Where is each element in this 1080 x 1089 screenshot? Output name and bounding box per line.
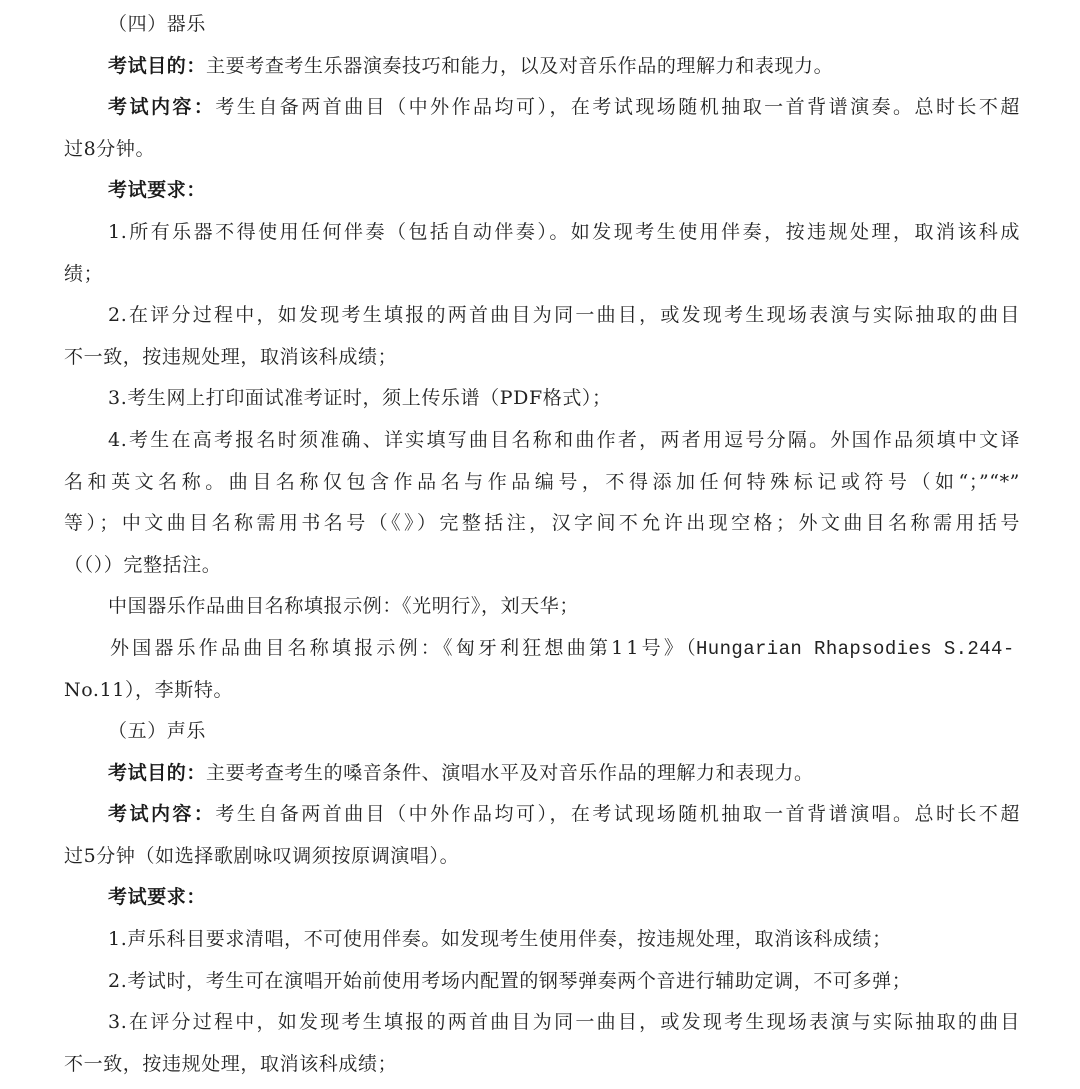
vocal-exam-content-paragraph: 考试内容：考生自备两首曲目（中外作品均可），在考试现场随机抽取一首背谱演唱。总时…	[64, 794, 1020, 836]
requirement-item-4-line-4: （（））完整括注。	[64, 545, 1020, 587]
document-page: （四）器乐 考试目的：主要考查考生乐器演奏技巧和能力，以及对音乐作品的理解力和表…	[64, 4, 1020, 1085]
requirement-item-4: 4.考生在高考报名时须准确、详实填写曲目名称和曲作者，两者用逗号分隔。外国作品须…	[64, 420, 1020, 462]
vocal-requirement-item-2: 2.考试时，考生可在演唱开始前使用考场内配置的钢琴弹奏两个音进行辅助定调，不可多…	[64, 961, 1020, 1003]
exam-content-paragraph: 考试内容：考生自备两首曲目（中外作品均可），在考试现场随机抽取一首背谱演奏。总时…	[64, 87, 1020, 129]
requirement-item-2-continuation: 不一致，按违规处理，取消该科成绩；	[64, 337, 1020, 379]
section-heading-vocal: （五）声乐	[64, 711, 1020, 753]
exam-requirements-label: 考试要求：	[64, 170, 1020, 212]
example-foreign-en-text: （Hungarian Rhapsodies S.244-	[686, 638, 1015, 660]
exam-purpose-paragraph: 考试目的：主要考查考生乐器演奏技巧和能力，以及对音乐作品的理解力和表现力。	[64, 46, 1020, 88]
example-foreign-continuation-text: No.11），李斯特。	[64, 679, 233, 701]
requirement-item-3: 3.考生网上打印面试准考证时，须上传乐谱（PDF格式）；	[64, 378, 1020, 420]
example-chinese-instrumental: 中国器乐作品曲目名称填报示例：《光明行》，刘天华；	[64, 586, 1020, 628]
vocal-exam-content-label: 考试内容：	[108, 803, 215, 825]
vocal-exam-content-continuation: 过5分钟（如选择歌剧咏叹调须按原调演唱）。	[64, 836, 1020, 878]
vocal-requirement-item-1: 1.声乐科目要求清唱，不可使用伴奏。如发现考生使用伴奏，按违规处理，取消该科成绩…	[64, 919, 1020, 961]
exam-content-continuation: 过8分钟。	[64, 129, 1020, 171]
example-foreign-continuation: No.11），李斯特。	[64, 670, 1020, 712]
example-foreign-instrumental: 外国器乐作品曲目名称填报示例：《匈牙利狂想曲第11号》（Hungarian Rh…	[64, 628, 1020, 670]
requirement-item-1: 1.所有乐器不得使用任何伴奏（包括自动伴奏）。如发现考生使用伴奏，按违规处理，取…	[64, 212, 1020, 254]
vocal-requirement-item-3: 3.在评分过程中，如发现考生填报的两首曲目为同一曲目，或发现考生现场表演与实际抽…	[64, 1002, 1020, 1044]
requirement-item-4-line-2: 名和英文名称。曲目名称仅包含作品名与作品编号，不得添加任何特殊标记或符号（如“；…	[64, 462, 1020, 504]
exam-purpose-text: 主要考查考生乐器演奏技巧和能力，以及对音乐作品的理解力和表现力。	[206, 55, 833, 77]
vocal-requirement-item-3-continuation: 不一致，按违规处理，取消该科成绩；	[64, 1044, 1020, 1086]
vocal-exam-purpose-paragraph: 考试目的：主要考查考生的嗓音条件、演唱水平及对音乐作品的理解力和表现力。	[64, 753, 1020, 795]
requirement-item-1-continuation: 绩；	[64, 254, 1020, 296]
example-foreign-cn-text: 外国器乐作品曲目名称填报示例：《匈牙利狂想曲第11号》	[110, 637, 686, 659]
exam-purpose-label: 考试目的：	[108, 55, 206, 77]
exam-content-label: 考试内容：	[108, 96, 215, 118]
vocal-exam-requirements-label: 考试要求：	[64, 877, 1020, 919]
vocal-exam-purpose-text: 主要考查考生的嗓音条件、演唱水平及对音乐作品的理解力和表现力。	[206, 762, 814, 784]
requirement-item-2: 2.在评分过程中，如发现考生填报的两首曲目为同一曲目，或发现考生现场表演与实际抽…	[64, 295, 1020, 337]
vocal-exam-content-text: 考生自备两首曲目（中外作品均可），在考试现场随机抽取一首背谱演唱。总时长不超	[215, 803, 1020, 825]
exam-content-text: 考生自备两首曲目（中外作品均可），在考试现场随机抽取一首背谱演奏。总时长不超	[215, 96, 1020, 118]
section-heading-instrumental: （四）器乐	[64, 4, 1020, 46]
requirement-item-4-line-3: 等）；中文曲目名称需用书名号（《》）完整括注，汉字间不允许出现空格；外文曲目名称…	[64, 503, 1020, 545]
vocal-exam-purpose-label: 考试目的：	[108, 762, 206, 784]
